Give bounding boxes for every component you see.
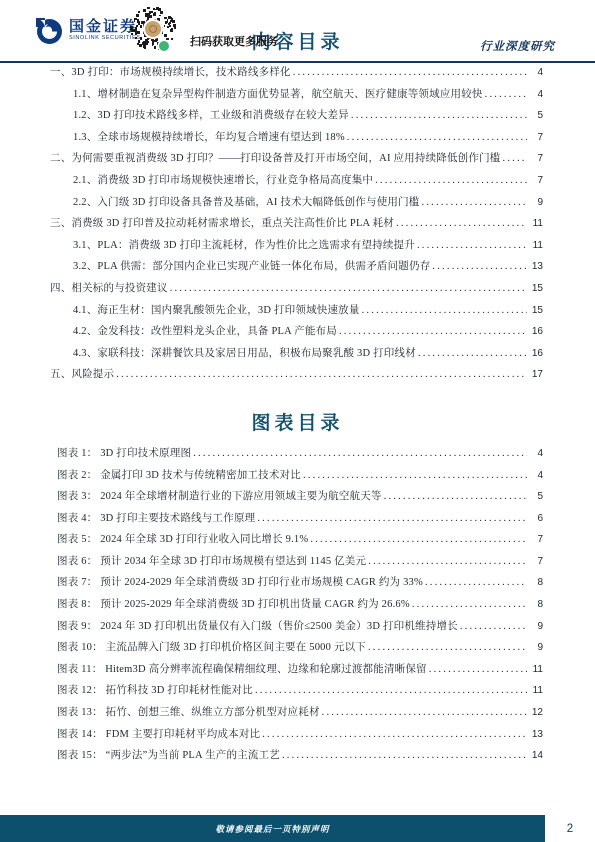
figure-entry-page: 13 <box>529 729 543 740</box>
toc-entry-page: 13 <box>529 261 543 272</box>
figure-toc-entry[interactable]: 图表 10： 主流品牌入门级 3D 打印机价格区间主要在 5000 元以下 ..… <box>50 639 543 661</box>
figure-entry-label: 图表 11： Hitem3D 高分辨率流程确保精细纹理、边缘和轮廓过渡都能清晰保… <box>57 661 427 676</box>
toc-entry[interactable]: 三、消费级 3D 打印普及拉动耗材需求增长，重点关注高性价比 PLA 耗材 ..… <box>50 215 543 237</box>
disclaimer-text: 敬请参阅最后一页特别声明 <box>0 815 545 842</box>
dot-leader: ........................................… <box>339 326 527 337</box>
dot-leader: ........................................… <box>255 685 527 696</box>
toc-entry-page: 16 <box>529 326 543 337</box>
qr-code <box>129 5 177 53</box>
figure-toc-entry[interactable]: 图表 13： 拓竹、创想三维、纵维立方部分机型对应耗材 ............… <box>50 704 543 726</box>
dot-leader: ........................................… <box>375 175 527 186</box>
figure-toc-entry[interactable]: 图表 11： Hitem3D 高分辨率流程确保精细纹理、边缘和轮廓过渡都能清晰保… <box>50 661 543 683</box>
toc-entry-label: 1.1、增材制造在复杂异型构件制造方面优势显著，航空航天、医疗健康等领域应用较快 <box>73 86 483 101</box>
figure-entry-page: 11 <box>529 664 543 675</box>
dot-leader: ........................................… <box>368 556 527 567</box>
dot-leader: ........................................… <box>418 348 527 359</box>
toc-entry[interactable]: 4.3、家联科技：深耕餐饮具及家居日用品，积极布局聚乳酸 3D 打印线材 ...… <box>50 345 543 367</box>
toc-entry-label: 1.3、全球市场规模持续增长，年均复合增速有望达到 18% <box>73 129 345 144</box>
toc-entry[interactable]: 3.2、PLA 供需：部分国内企业已实现产业链一体化布局，供需矛盾问题仍存 ..… <box>50 258 543 280</box>
wechat-dot-icon <box>159 41 169 51</box>
qr-center-emblem <box>145 21 161 37</box>
dot-leader: ........................................… <box>384 491 527 502</box>
dot-leader: ........................................… <box>503 153 528 164</box>
figure-entry-page: 5 <box>529 491 543 502</box>
dot-leader: ........................................… <box>432 261 527 272</box>
toc-entry-label: 三、消费级 3D 打印普及拉动耗材需求增长，重点关注高性价比 PLA 耗材 <box>50 215 394 230</box>
figure-toc-list: 图表 1： 3D 打印技术原理图 .......................… <box>0 435 595 769</box>
figure-entry-label: 图表 3： 2024 年全球增材制造行业的下游应用领域主要为航空航天等 <box>57 488 382 503</box>
figure-toc-entry[interactable]: 图表 9： 2024 年 3D 打印机出货量仅有入门级（售价≤2500 美金）3… <box>50 618 543 640</box>
toc-entry[interactable]: 1.1、增材制造在复杂异型构件制造方面优势显著，航空航天、医疗健康等领域应用较快… <box>50 86 543 108</box>
toc-entry-page: 16 <box>529 348 543 359</box>
page-footer: 敬请参阅最后一页特别声明 2 <box>0 815 595 842</box>
dot-leader: ........................................… <box>310 534 527 545</box>
figure-toc-entry[interactable]: 图表 6： 预计 2034 年全球 3D 打印市场规模有望达到 1145 亿美元… <box>50 553 543 575</box>
toc-entry-page: 11 <box>529 240 543 251</box>
figure-entry-label: 图表 7： 预计 2024-2029 年全球消费级 3D 打印行业市场规模 CA… <box>57 574 423 589</box>
dot-leader: ........................................… <box>485 89 527 100</box>
figure-entry-label: 图表 12： 拓竹科技 3D 打印耗材性能对比 <box>57 682 253 697</box>
figure-entry-page: 8 <box>529 599 543 610</box>
page-number: 2 <box>545 815 595 842</box>
dot-leader: ........................................… <box>257 513 527 524</box>
content-toc-list: 一、3D 打印：市场规模持续增长，技术路线多样化 ...............… <box>0 54 595 388</box>
toc-entry[interactable]: 4.2、金发科技：改性塑料龙头企业，具备 PLA 产能布局 ..........… <box>50 323 543 345</box>
toc-entry[interactable]: 1.3、全球市场规模持续增长，年均复合增速有望达到 18% ..........… <box>50 129 543 151</box>
toc-entry-page: 7 <box>529 175 543 186</box>
toc-entry-page: 4 <box>529 67 543 78</box>
figure-entry-page: 9 <box>529 642 543 653</box>
dot-leader: ........................................… <box>417 240 527 251</box>
toc-entry-page: 7 <box>529 153 543 164</box>
figure-entry-label: 图表 13： 拓竹、创想三维、纵维立方部分机型对应耗材 <box>57 704 320 719</box>
toc-entry-page: 4 <box>529 89 543 100</box>
figure-toc-entry[interactable]: 图表 5： 2024 年全球 3D 打印行业收入同比增长 9.1% ......… <box>50 531 543 553</box>
toc-entry[interactable]: 2.1、消费级 3D 打印市场规模快速增长，行业竞争格局高度集中 .......… <box>50 172 543 194</box>
toc-entry-page: 5 <box>529 110 543 121</box>
figure-entry-label: 图表 5： 2024 年全球 3D 打印行业收入同比增长 9.1% <box>57 531 308 546</box>
figure-entry-page: 12 <box>529 707 543 718</box>
dot-leader: ........................................… <box>460 621 527 632</box>
dot-leader: ........................................… <box>425 577 527 588</box>
toc-entry-label: 4.1、海正生材：国内聚乳酸领先企业，3D 打印领域快速放量 <box>73 302 360 317</box>
figure-entry-label: 图表 9： 2024 年 3D 打印机出货量仅有入门级（售价≤2500 美金）3… <box>57 618 458 633</box>
toc-entry-label: 4.3、家联科技：深耕餐饮具及家居日用品，积极布局聚乳酸 3D 打印线材 <box>73 345 416 360</box>
dot-leader: ........................................… <box>347 132 527 143</box>
figure-entry-page: 7 <box>529 556 543 567</box>
toc-entry-label: 二、为何需要重视消费级 3D 打印？——打印设备普及打开市场空间，AI 应用持续… <box>50 150 501 165</box>
figure-entry-label: 图表 8： 预计 2025-2029 年全球消费级 3D 打印机出货量 CAGR… <box>57 596 410 611</box>
dot-leader: ........................................… <box>282 750 527 761</box>
figure-entry-label: 图表 4： 3D 打印主要技术路线与工作原理 <box>57 510 255 525</box>
toc-entry-label: 4.2、金发科技：改性塑料龙头企业，具备 PLA 产能布局 <box>73 323 337 338</box>
toc-entry-page: 15 <box>529 305 543 316</box>
figure-entry-page: 4 <box>529 448 543 459</box>
toc-entry[interactable]: 五、风险提示 .................................… <box>50 366 543 388</box>
figure-toc-entry[interactable]: 图表 14： FDM 主要打印耗材平均成本对比 ................… <box>50 726 543 748</box>
brand-logo: 国金证券 SINOLINK SECURITIES <box>36 18 141 45</box>
toc-entry-label: 1.2、3D 打印技术路线多样，工业级和消费级存在较大差异 <box>73 107 349 122</box>
toc-entry[interactable]: 四、相关标的与投资建议 ............................… <box>50 280 543 302</box>
sinolink-logo-icon <box>36 18 63 45</box>
report-type-label: 行业深度研究 <box>480 38 555 54</box>
toc-entry-page: 17 <box>529 369 543 380</box>
figure-entry-page: 6 <box>529 513 543 524</box>
toc-entry-label: 五、风险提示 <box>50 366 114 381</box>
figure-entry-page: 9 <box>529 621 543 632</box>
dot-leader: ........................................… <box>262 729 527 740</box>
toc-entry[interactable]: 一、3D 打印：市场规模持续增长，技术路线多样化 ...............… <box>50 64 543 86</box>
dot-leader: ........................................… <box>351 110 527 121</box>
dot-leader: ........................................… <box>116 369 527 380</box>
dot-leader: ........................................… <box>322 707 527 718</box>
qr-caption: 扫码获取更多服务 <box>190 33 278 49</box>
dot-leader: ........................................… <box>170 283 527 294</box>
figure-toc-entry[interactable]: 图表 2： 金属打印 3D 技术与传统精密加工技术对比 ............… <box>50 467 543 489</box>
figure-entry-label: 图表 14： FDM 主要打印耗材平均成本对比 <box>57 726 260 741</box>
figure-entry-page: 11 <box>529 685 543 696</box>
figure-entry-label: 图表 15： “两步法”为当前 PLA 生产的主流工艺 <box>57 747 280 762</box>
figure-toc-entry[interactable]: 图表 1： 3D 打印技术原理图 .......................… <box>50 445 543 467</box>
figure-entry-label: 图表 2： 金属打印 3D 技术与传统精密加工技术对比 <box>57 467 301 482</box>
toc-entry-label: 四、相关标的与投资建议 <box>50 280 168 295</box>
figure-entry-label: 图表 10： 主流品牌入门级 3D 打印机价格区间主要在 5000 元以下 <box>57 639 366 654</box>
dot-leader: ........................................… <box>396 218 527 229</box>
toc-entry-page: 15 <box>529 283 543 294</box>
figure-entry-page: 7 <box>529 534 543 545</box>
dot-leader: ........................................… <box>422 197 527 208</box>
figure-toc-entry[interactable]: 图表 3： 2024 年全球增材制造行业的下游应用领域主要为航空航天等 ....… <box>50 488 543 510</box>
figure-entry-label: 图表 1： 3D 打印技术原理图 <box>57 445 191 460</box>
figure-toc-entry[interactable]: 图表 7： 预计 2024-2029 年全球消费级 3D 打印行业市场规模 CA… <box>50 574 543 596</box>
figure-toc-entry[interactable]: 图表 12： 拓竹科技 3D 打印耗材性能对比 ................… <box>50 682 543 704</box>
dot-leader: ........................................… <box>368 642 527 653</box>
toc-entry-label: 3.2、PLA 供需：部分国内企业已实现产业链一体化布局，供需矛盾问题仍存 <box>73 258 430 273</box>
toc-entry-label: 2.2、入门级 3D 打印设备具备普及基础，AI 技术大幅降低创作与使用门槛 <box>73 194 420 209</box>
figure-toc-entry[interactable]: 图表 4： 3D 打印主要技术路线与工作原理 .................… <box>50 510 543 532</box>
figure-entry-page: 4 <box>529 470 543 481</box>
figure-toc-title: 图表目录 <box>0 388 595 435</box>
dot-leader: ........................................… <box>293 67 527 78</box>
toc-entry[interactable]: 4.1、海正生材：国内聚乳酸领先企业，3D 打印领域快速放量 .........… <box>50 302 543 324</box>
toc-entry[interactable]: 1.2、3D 打印技术路线多样，工业级和消费级存在较大差异 ..........… <box>50 107 543 129</box>
dot-leader: ........................................… <box>193 448 527 459</box>
toc-entry[interactable]: 3.1、PLA：消费级 3D 打印主流耗材，作为性价比之选需求有望持续提升 ..… <box>50 237 543 259</box>
figure-toc-entry[interactable]: 图表 8： 预计 2025-2029 年全球消费级 3D 打印机出货量 CAGR… <box>50 596 543 618</box>
dot-leader: ........................................… <box>303 470 527 481</box>
toc-entry-label: 3.1、PLA：消费级 3D 打印主流耗材，作为性价比之选需求有望持续提升 <box>73 237 415 252</box>
dot-leader: ........................................… <box>412 599 527 610</box>
page-header: 国金证券 SINOLINK SECURITIES 扫码获取更多服务 行业深度研究 <box>0 0 595 63</box>
toc-entry-page: 9 <box>529 197 543 208</box>
dot-leader: ........................................… <box>362 305 527 316</box>
dot-leader: ........................................… <box>429 664 527 675</box>
toc-entry-page: 7 <box>529 132 543 143</box>
toc-entry-page: 11 <box>529 218 543 229</box>
toc-entry-label: 一、3D 打印：市场规模持续增长，技术路线多样化 <box>50 64 291 79</box>
figure-entry-page: 8 <box>529 577 543 588</box>
figure-toc-entry[interactable]: 图表 15： “两步法”为当前 PLA 生产的主流工艺 ............… <box>50 747 543 769</box>
toc-entry[interactable]: 2.2、入门级 3D 打印设备具备普及基础，AI 技术大幅降低创作与使用门槛 .… <box>50 194 543 216</box>
toc-entry-label: 2.1、消费级 3D 打印市场规模快速增长，行业竞争格局高度集中 <box>73 172 373 187</box>
report-page: 国金证券 SINOLINK SECURITIES 扫码获取更多服务 行业深度研究… <box>0 0 595 842</box>
toc-entry[interactable]: 二、为何需要重视消费级 3D 打印？——打印设备普及打开市场空间，AI 应用持续… <box>50 150 543 172</box>
figure-entry-page: 14 <box>529 750 543 761</box>
figure-entry-label: 图表 6： 预计 2034 年全球 3D 打印市场规模有望达到 1145 亿美元 <box>57 553 366 568</box>
